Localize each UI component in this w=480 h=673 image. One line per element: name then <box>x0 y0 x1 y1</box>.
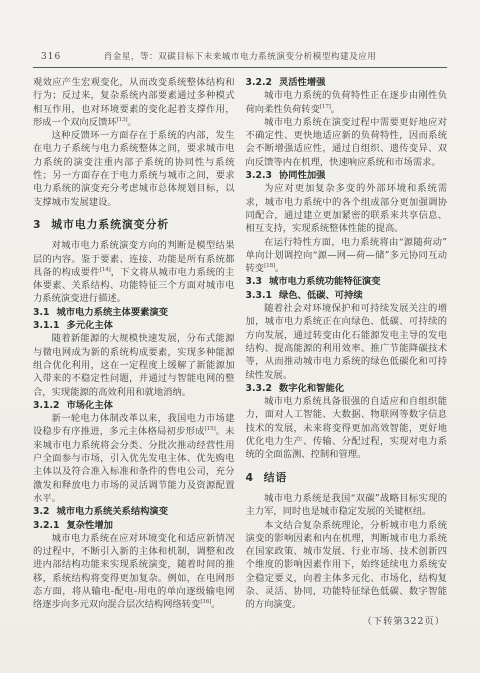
heading-number: 3.1.2 <box>33 399 59 412</box>
heading-title: 城市电力系统主体要素演变 <box>56 307 168 318</box>
text-run: 城市电力系统在演变过程中需要更好地应对不确定性、更快地适应新的负荷特性，因而系统… <box>246 117 448 168</box>
reference-superscript: [13] <box>117 117 128 123</box>
heading-number: 3.2.2 <box>246 76 272 89</box>
heading-number: 3.3.1 <box>246 289 272 302</box>
text-run: 。 <box>127 117 136 128</box>
paragraph: 为应对更加复杂多变的外部环境和系统需求，城市电力系统中的各个组成部分更加强调协同… <box>246 182 448 235</box>
paragraph: 城市电力系统在演变过程中需要更好地应对不确定性、更快地适应新的负荷特性，因而系统… <box>246 116 448 169</box>
scanned-paper-page: 316 肖金星，等：双碳目标下未来城市电力系统演变分析模型构建及应用 观效应产生… <box>0 0 480 673</box>
column-right: 3.2.2灵活性增强城市电力系统的负荷特性正在逐步由刚性负荷向柔性负荷转变[17… <box>246 76 448 628</box>
reference-superscript: [15] <box>205 426 216 432</box>
heading-number: 3.1 <box>33 306 49 319</box>
section-heading-3.1.2: 3.1.2市场化主体 <box>33 399 235 412</box>
heading-number: 3.2.3 <box>246 169 272 182</box>
heading-title: 数字化和智能化 <box>279 383 344 394</box>
section-heading-3.1.1: 3.1.1多元化主体 <box>33 319 235 332</box>
heading-number: 3.1.1 <box>33 319 59 332</box>
section-heading-3.3: 3.3城市电力系统功能特征演变 <box>246 275 448 288</box>
paragraph: 观效应产生宏观变化，从而改变系统整体结构和行为；反过来，复杂系统内部要素通过多种… <box>33 76 235 129</box>
section-heading-3: 3城市电力系统演变分析 <box>33 218 235 231</box>
heading-number: 3.3 <box>246 275 262 288</box>
text-run: 。 <box>211 599 220 610</box>
heading-title: 灵活性增强 <box>279 77 326 88</box>
paragraph: 城市电力系统在应对环境变化和适应新情况的过程中，不断引入新的主体和机制，调整和改… <box>33 532 235 612</box>
text-run: 。 <box>331 104 340 115</box>
heading-title: 城市电力系统关系结构演变 <box>56 506 168 517</box>
heading-number: 3.2.1 <box>33 519 59 532</box>
heading-number: 3 <box>33 218 42 231</box>
text-run: 随着社会对环境保护和可持续发展关注的增加，城市电力系统正在向绿色、低碳、可持续的… <box>246 303 448 380</box>
text-run: 随着新能源的大规模快速发展，分布式能源与微电网成为新的系统构成要素，实现多种能源… <box>33 333 235 397</box>
header-rule <box>33 67 447 68</box>
paragraph: 城市电力系统具备很强的自适应和自组织能力，面对人工智能、大数据、物联网等数字信息… <box>246 395 448 461</box>
running-header: 316 肖金星，等：双碳目标下未来城市电力系统演变分析模型构建及应用 <box>33 50 447 64</box>
paragraph: 城市电力系统的负荷特性正在逐步由刚性负荷向柔性负荷转变[17]。 <box>246 89 448 116</box>
section-heading-3.2.1: 3.2.1复杂性增加 <box>33 519 235 532</box>
text-run: 城市电力系统具备很强的自适应和自组织能力，面对人工智能、大数据、物联网等数字信息… <box>246 396 448 460</box>
paragraph: 对城市电力系统演变方向的判断是模型结果层的内容。鉴于要素、连接、功能是所有系统都… <box>33 239 235 305</box>
heading-title: 结语 <box>264 471 288 484</box>
running-title: 肖金星，等：双碳目标下未来城市电力系统演变分析模型构建及应用 <box>104 52 377 62</box>
heading-title: 绿色、低碳、可持续 <box>279 290 363 301</box>
heading-title: 城市电力系统功能特征演变 <box>269 276 381 287</box>
paragraph: 这种反馈环一方面存在于系统的内部，发生在电力子系统与电力系统整体之间，要求城市电… <box>33 129 235 209</box>
paragraph: 随着社会对环境保护和可持续发展关注的增加，城市电力系统正在向绿色、低碳、可持续的… <box>246 302 448 382</box>
heading-title: 市场化主体 <box>66 400 113 411</box>
page-number: 316 <box>41 50 61 64</box>
heading-title: 协同性加强 <box>279 170 326 181</box>
paragraph: 城市电力系统是我国“双碳”战略目标实现的主力军，同时也是城市稳定发展的关键枢纽。 <box>246 492 448 519</box>
heading-number: 3.3.2 <box>246 382 272 395</box>
heading-number: 4 <box>246 471 255 484</box>
text-run: 为应对更加复杂多变的外部环境和系统需求，城市电力系统中的各个组成部分更加强调协同… <box>246 183 448 234</box>
reference-superscript: [18] <box>264 263 275 269</box>
section-heading-3.3.1: 3.3.1绿色、低碳、可持续 <box>246 289 448 302</box>
text-run: 城市电力系统的负荷特性正在逐步由刚性负荷向柔性负荷转变 <box>246 90 448 114</box>
section-heading-3.2.2: 3.2.2灵活性增强 <box>246 76 448 89</box>
continuation-note: （下转第322页） <box>246 615 446 628</box>
section-heading-4: 4结语 <box>246 471 448 484</box>
text-run: 城市电力系统是我国“双碳”战略目标实现的主力军，同时也是城市稳定发展的关键枢纽。 <box>246 493 448 517</box>
text-run: 。 <box>275 263 284 274</box>
reference-superscript: [17] <box>320 104 331 110</box>
section-heading-3.1: 3.1城市电力系统主体要素演变 <box>33 306 235 319</box>
section-heading-3.3.2: 3.3.2数字化和智能化 <box>246 382 448 395</box>
heading-title: 复杂性增加 <box>66 520 113 531</box>
heading-number: 3.2 <box>33 505 49 518</box>
two-column-body: 观效应产生宏观变化，从而改变系统整体结构和行为；反过来，复杂系统内部要素通过多种… <box>33 76 447 628</box>
reference-superscript: [14] <box>100 267 111 273</box>
section-heading-3.2: 3.2城市电力系统关系结构演变 <box>33 505 235 518</box>
text-run: 本文结合复杂系统理论，分析城市电力系统演变的影响因素和内在机理，判断城市电力系统… <box>246 520 448 611</box>
paragraph: 本文结合复杂系统理论，分析城市电力系统演变的影响因素和内在机理，判断城市电力系统… <box>246 519 448 612</box>
column-left: 观效应产生宏观变化，从而改变系统整体结构和行为；反过来，复杂系统内部要素通过多种… <box>33 76 235 628</box>
paragraph: 在运行特性方面，电力系统将由“源随荷动”单向计划调控向“源—网—荷—储”多元协同… <box>246 236 448 276</box>
reference-superscript: [16] <box>200 599 211 605</box>
paragraph: 随着新能源的大规模快速发展，分布式能源与微电网成为新的系统构成要素，实现多种能源… <box>33 332 235 398</box>
text-run: 。未来城市电力系统将会分类、分批次推动经营性用户全面参与市场，引入优先发电主体、… <box>33 426 235 503</box>
paragraph: 新一轮电力体制改革以来，我国电力市场建设稳步有序推进，多元主体格局初步形成[15… <box>33 412 235 505</box>
heading-title: 城市电力系统演变分析 <box>51 218 169 231</box>
section-heading-3.2.3: 3.2.3协同性加强 <box>246 169 448 182</box>
heading-title: 多元化主体 <box>66 320 113 331</box>
text-run: 这种反馈环一方面存在于系统的内部，发生在电力子系统与电力系统整体之间，要求城市电… <box>33 130 235 207</box>
